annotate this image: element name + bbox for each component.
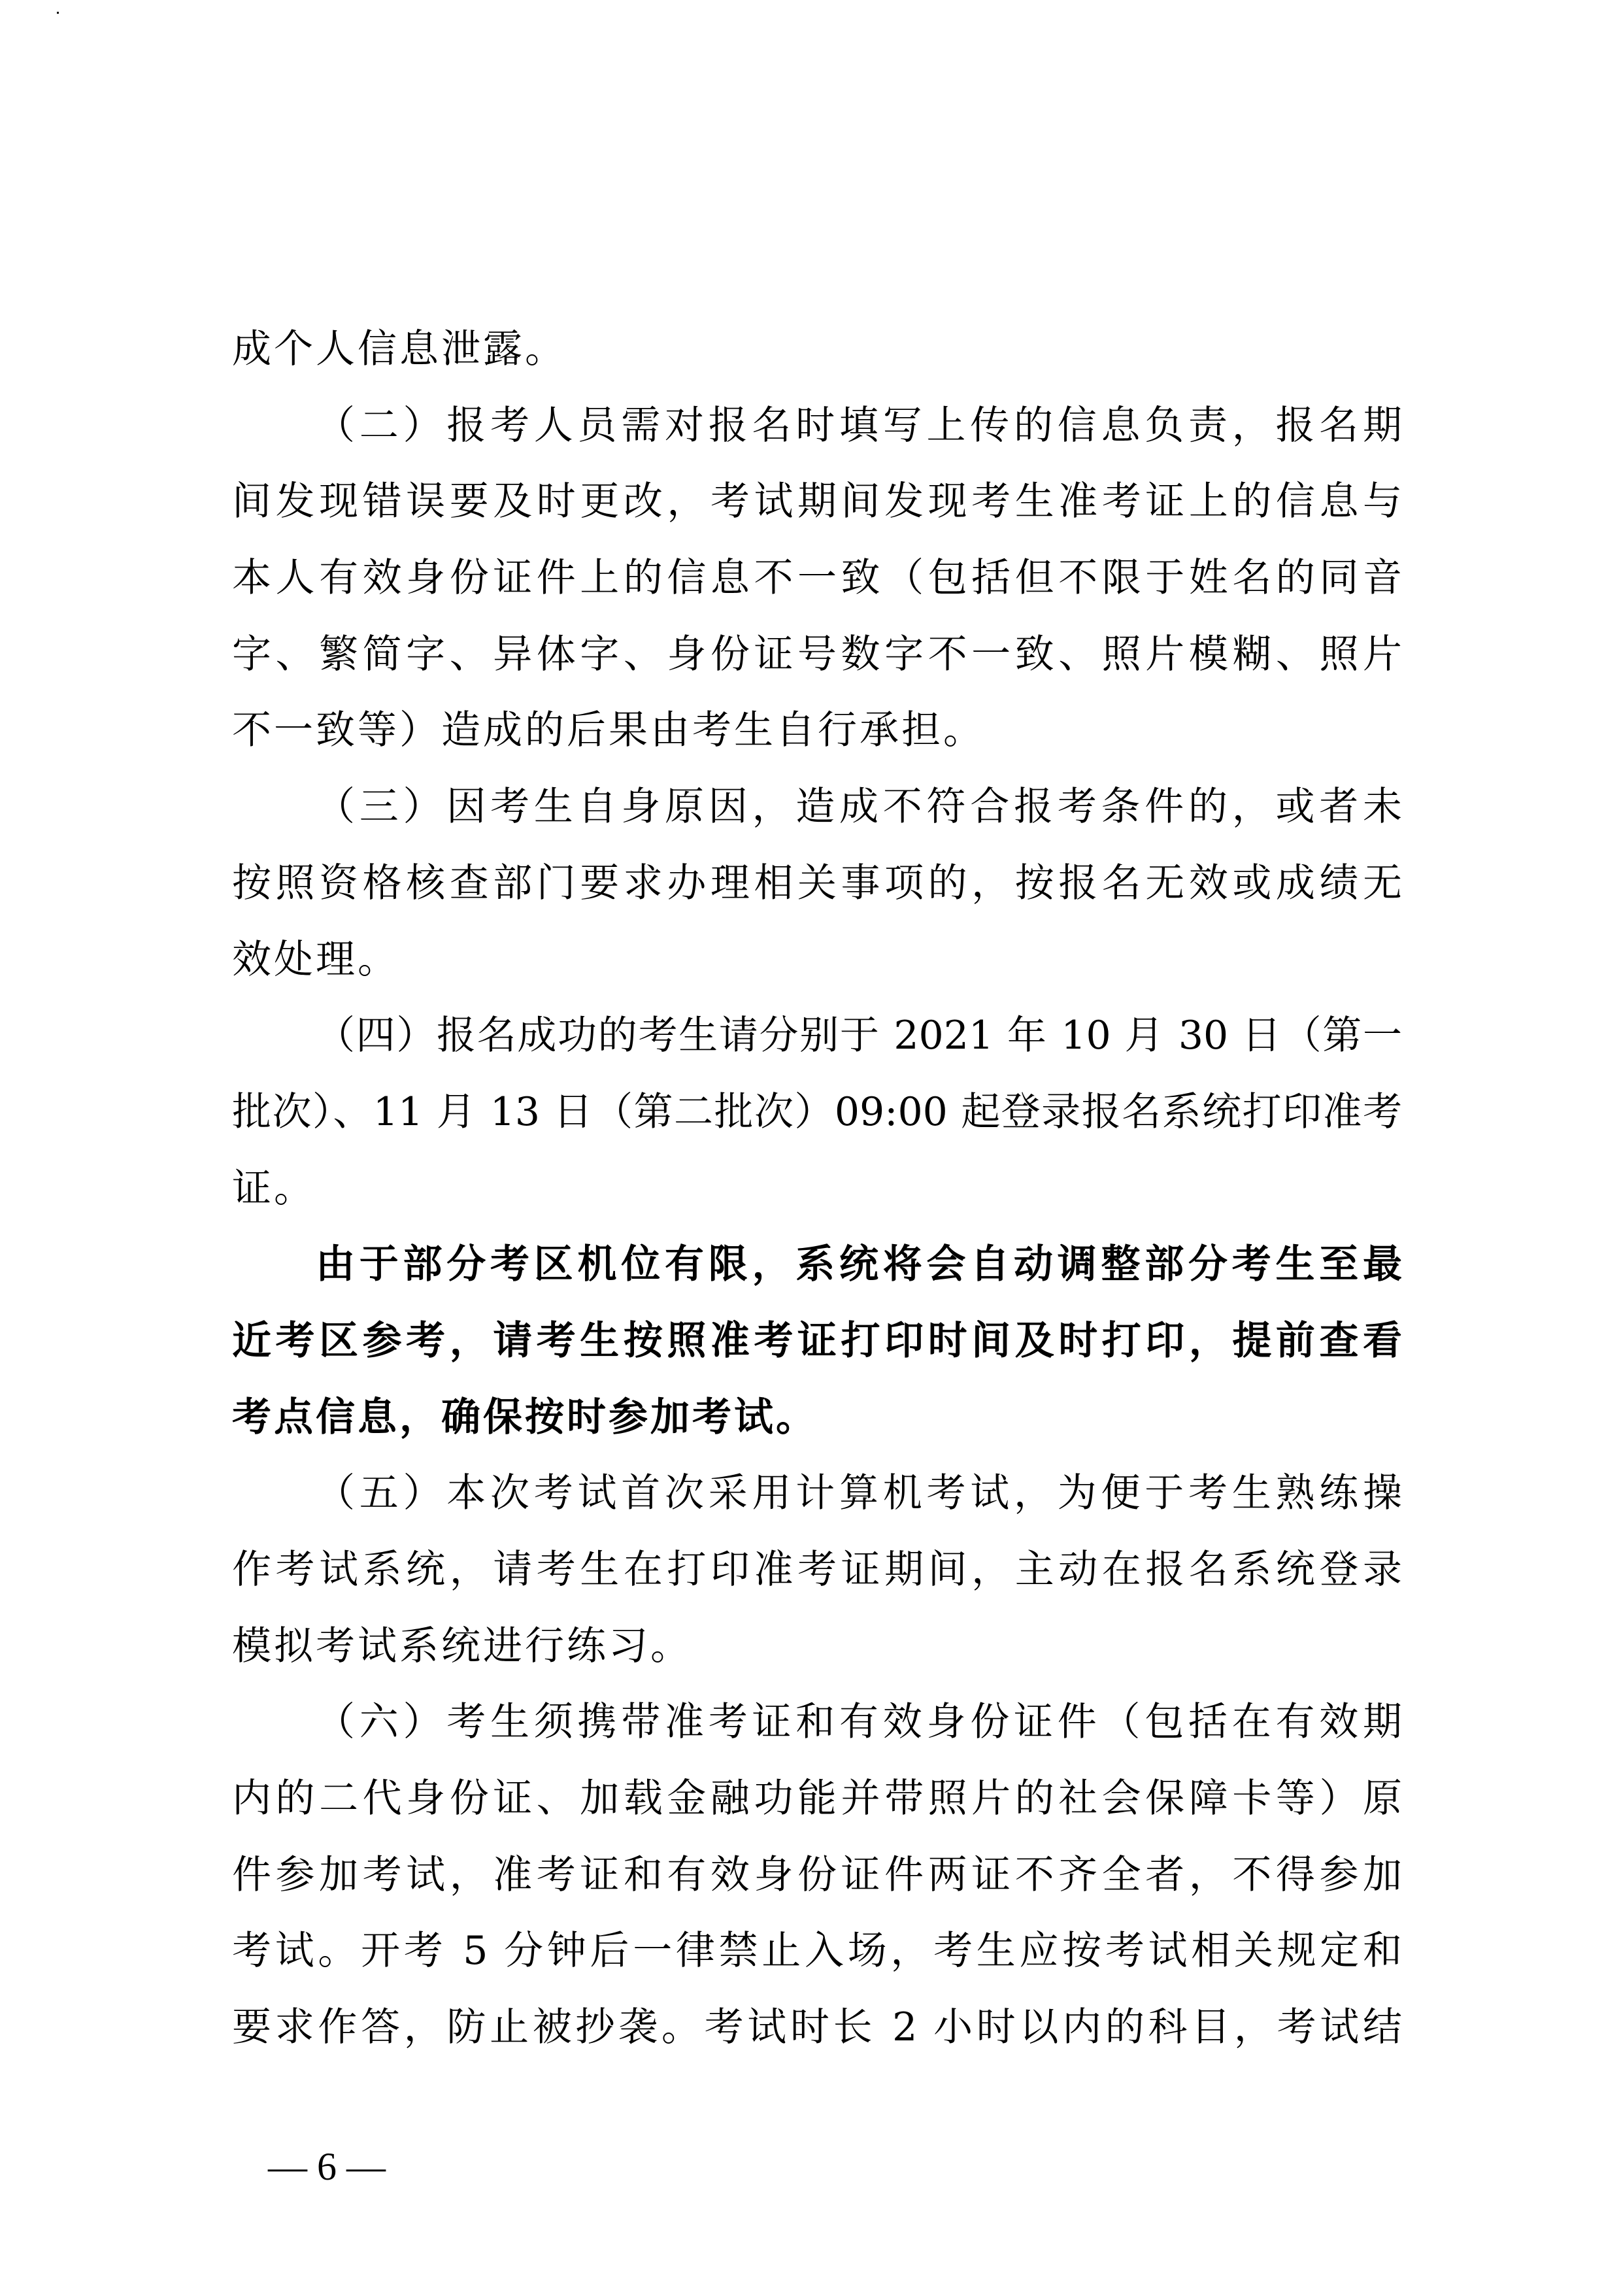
paragraph-item-5-line: 作考试系统，请考生在打印准考证期间，主动在报名系统登录 (232, 1532, 1402, 1608)
paragraph-item-5-line: （五）本次考试首次采用计算机考试，为便于考生熟练操 (232, 1455, 1402, 1532)
scan-artifact-dot (57, 12, 59, 14)
paragraph-item-3-line: 按照资格核查部门要求办理相关事项的，按报名无效或成绩无 (232, 845, 1402, 922)
bold-notice-line: 近考区参考，请考生按照准考证打印时间及时打印，提前查看 (232, 1303, 1402, 1379)
page-number: — 6 — (268, 2146, 386, 2187)
paragraph-item-4-line: 证。 (232, 1151, 1402, 1227)
paragraph-item-2-line: （二）报考人员需对报名时填写上传的信息负责，报名期 (232, 388, 1402, 464)
document-body: 成个人信息泄露。 （二）报考人员需对报名时填写上传的信息负责，报名期 间发现错误… (232, 311, 1402, 2066)
paragraph-item-3-line: （三）因考生自身原因，造成不符合报考条件的，或者未 (232, 769, 1402, 845)
paragraph-item-2-line: 不一致等）造成的后果由考生自行承担。 (232, 692, 1402, 769)
paragraph-item-6-line: 考试。开考 5 分钟后一律禁止入场，考生应按考试相关规定和 (232, 1913, 1402, 1989)
paragraph-item-4-line: （四）报名成功的考生请分别于 2021 年 10 月 30 日（第一 (232, 998, 1402, 1074)
paragraph-item-2-line: 字、繁简字、异体字、身份证号数字不一致、照片模糊、照片 (232, 616, 1402, 693)
paragraph-item-2-line: 本人有效身份证件上的信息不一致（包括但不限于姓名的同音 (232, 540, 1402, 616)
paragraph-item-4-line: 批次）、11 月 13 日（第二批次）09:00 起登录报名系统打印准考 (232, 1074, 1402, 1151)
paragraph-item-6-line: 要求作答，防止被抄袭。考试时长 2 小时以内的科目，考试结 (232, 1989, 1402, 2066)
paragraph-item-3-line: 效处理。 (232, 922, 1402, 998)
paragraph-item-6-line: 内的二代身份证、加载金融功能并带照片的社会保障卡等）原 (232, 1761, 1402, 1837)
paragraph-item-6-line: （六）考生须携带准考证和有效身份证件（包括在有效期 (232, 1684, 1402, 1761)
paragraph-item-6-line: 件参加考试，准考证和有效身份证件两证不齐全者，不得参加 (232, 1837, 1402, 1914)
paragraph-item-5-line: 模拟考试系统进行练习。 (232, 1608, 1402, 1685)
paragraph-item-2-line: 间发现错误要及时更改，考试期间发现考生准考证上的信息与 (232, 464, 1402, 540)
bold-notice-line: 由于部分考区机位有限，系统将会自动调整部分考生至最 (232, 1226, 1402, 1303)
paragraph-continuation: 成个人信息泄露。 (232, 311, 1402, 388)
bold-notice-line: 考点信息，确保按时参加考试。 (232, 1379, 1402, 1456)
